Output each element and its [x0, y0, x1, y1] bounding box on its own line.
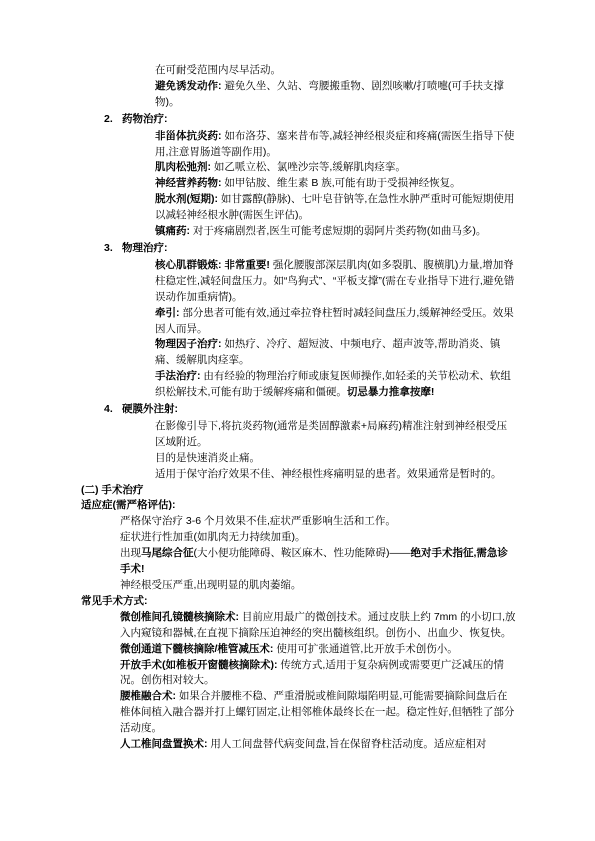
paragraph: 人工椎间盘置换术: 用人工间盘替代病变间盘,旨在保留脊柱活动度。适应症相对 [120, 737, 517, 753]
paragraph: 目的是快速消炎止痛。 [155, 451, 517, 467]
paragraph: 微创通道下髓核摘除/椎管减压术: 使用可扩张通道管,比开放手术创伤小。 [120, 642, 517, 658]
bold-text-run: 药物治疗: [122, 113, 168, 125]
bold-text-run: 非常重要! [222, 259, 270, 271]
bold-text-run: 非甾体抗炎药: [155, 130, 222, 142]
bold-text-run: 开放手术(如椎板开窗髓核摘除术): [120, 659, 278, 671]
text-run: (大小便功能障碍、鞍区麻木、性功能障碍)—— [194, 547, 411, 559]
section-heading: 常见手术方式: [81, 594, 517, 610]
bold-text-run: (二) 手术治疗 [81, 484, 143, 496]
bold-text-run: 避免诱发动作: [155, 80, 222, 92]
bold-text-run: 牵引: [155, 307, 180, 319]
text-run: 由有经验的物理治疗师或康复医师操作,如轻柔的关节松动术、软组织松解技术,可能有助… [155, 370, 511, 398]
bold-text-run: 核心肌群锻炼: [155, 259, 222, 271]
bold-text-run: 物理因子治疗: [155, 338, 222, 350]
section-heading: (二) 手术治疗 [81, 483, 517, 499]
bold-text-run: 常见手术方式: [81, 595, 148, 607]
paragraph: 在影像引导下,将抗炎药物(通常是类固醇激素+局麻药)精准注射到神经根受压区域附近… [155, 419, 517, 451]
bold-text-run: 腰椎融合术: [120, 690, 176, 702]
paragraph: 核心肌群锻炼: 非常重要! 强化腰腹部深层肌肉(如多裂肌、腹横肌)力量,增加脊柱… [155, 258, 517, 306]
list-item: 3.物理治疗: [104, 241, 517, 257]
paragraph: 症状进行性加重(如肌肉无力持续加重)。 [120, 530, 517, 546]
text-run: 部分患者可能有效,通过牵拉脊柱暂时减轻间盘压力,缓解神经受压。效果因人而异。 [155, 307, 514, 335]
section-heading: 适应症(需严格评估): [81, 498, 517, 514]
paragraph: 肌肉松弛剂: 如乙哌立松、氯唑沙宗等,缓解肌肉痉挛。 [155, 160, 517, 176]
text-run: 严格保守治疗 3-6 个月效果不佳,症状严重影响生活和工作。 [120, 515, 396, 527]
document-body: 在可耐受范围内尽早活动。避免诱发动作: 避免久坐、久站、弯腰搬重物、剧烈咳嗽/打… [81, 63, 517, 753]
list-number: 4. [104, 402, 122, 418]
list-number: 2. [104, 112, 122, 128]
text-run: 如乙哌立松、氯唑沙宗等,缓解肌肉痉挛。 [211, 161, 406, 173]
paragraph: 神经营养药物: 如甲钴胺、维生素 B 族,可能有助于受损神经恢复。 [155, 176, 517, 192]
paragraph: 非甾体抗炎药: 如布洛芬、塞来昔布等,减轻神经根炎症和疼痛(需医生指导下使用,注… [155, 129, 517, 161]
text-run: 用人工间盘替代病变间盘,旨在保留脊柱活动度。适应症相对 [208, 738, 487, 750]
bold-text-run: 切忌暴力推拿按摩! [347, 386, 435, 398]
bold-text-run: 适应症(需严格评估): [81, 499, 176, 511]
bold-text-run: 镇痛药: [155, 225, 190, 237]
text-run: 对于疼痛剧烈者,医生可能考虑短期的弱阿片类药物(如曲马多)。 [190, 225, 486, 237]
text-run: 目的是快速消炎止痛。 [155, 452, 260, 464]
bold-text-run: 神经营养药物: [155, 177, 222, 189]
text-run: 如甲钴胺、维生素 B 族,可能有助于受损神经恢复。 [222, 177, 461, 189]
text-run: 如果合并腰椎不稳、严重滑脱或椎间隙塌陷明显,可能需要摘除间盘后在椎体间植入融合器… [120, 690, 514, 734]
paragraph: 手法治疗: 由有经验的物理治疗师或康复医师操作,如轻柔的关节松动术、软组织松解技… [155, 369, 517, 401]
list-item: 4.硬膜外注射: [104, 402, 517, 418]
text-run: 在可耐受范围内尽早活动。 [155, 64, 281, 76]
paragraph: 开放手术(如椎板开窗髓核摘除术): 传统方式,适用于复杂病例或需要更广泛减压的情… [120, 658, 517, 690]
paragraph: 适用于保守治疗效果不佳、神经根性疼痛明显的患者。效果通常是暂时的。 [155, 467, 517, 483]
list-item: 2.药物治疗: [104, 112, 517, 128]
paragraph: 镇痛药: 对于疼痛剧烈者,医生可能考虑短期的弱阿片类药物(如曲马多)。 [155, 224, 517, 240]
bold-text-run: 微创椎间孔镜髓核摘除术: [120, 611, 239, 623]
paragraph: 避免诱发动作: 避免久坐、久站、弯腰搬重物、剧烈咳嗽/打喷嚏(可手扶支撑物)。 [155, 79, 517, 111]
paragraph: 神经根受压严重,出现明显的肌肉萎缩。 [120, 578, 517, 594]
bold-text-run: 物理治疗: [122, 242, 168, 254]
bold-text-run: 手法治疗: [155, 370, 201, 382]
bold-text-run: 微创通道下髓核摘除/椎管减压术: [120, 643, 273, 655]
text-run: 神经根受压严重,出现明显的肌肉萎缩。 [120, 579, 301, 591]
bold-text-run: 硬膜外注射: [122, 403, 178, 415]
text-run: 适用于保守治疗效果不佳、神经根性疼痛明显的患者。效果通常是暂时的。 [155, 468, 502, 480]
document-page: 在可耐受范围内尽早活动。避免诱发动作: 避免久坐、久站、弯腰搬重物、剧烈咳嗽/打… [0, 0, 595, 841]
list-number: 3. [104, 241, 122, 257]
paragraph: 严格保守治疗 3-6 个月效果不佳,症状严重影响生活和工作。 [120, 514, 517, 530]
bold-text-run: 人工椎间盘置换术: [120, 738, 208, 750]
paragraph: 出现马尾综合征(大小便功能障碍、鞍区麻木、性功能障碍)——绝对手术指征,需急诊手… [120, 546, 517, 578]
bold-text-run: 马尾综合征 [141, 547, 194, 559]
paragraph: 腰椎融合术: 如果合并腰椎不稳、严重滑脱或椎间隙塌陷明显,可能需要摘除间盘后在椎… [120, 689, 517, 737]
bold-text-run: 肌肉松弛剂: [155, 161, 211, 173]
paragraph: 微创椎间孔镜髓核摘除术: 目前应用最广的微创技术。通过皮肤上约 7mm 的小切口… [120, 610, 517, 642]
paragraph: 在可耐受范围内尽早活动。 [155, 63, 517, 79]
paragraph: 脱水剂(短期): 如甘露醇(静脉)、七叶皂苷钠等,在急性水肿严重时可能短期使用以… [155, 192, 517, 224]
bold-text-run: 脱水剂(短期): [155, 193, 218, 205]
text-run: 症状进行性加重(如肌肉无力持续加重)。 [120, 531, 306, 543]
paragraph: 物理因子治疗: 如热疗、冷疗、超短波、中频电疗、超声波等,帮助消炎、镇痛、缓解肌… [155, 337, 517, 369]
text-run: 在影像引导下,将抗炎药物(通常是类固醇激素+局麻药)精准注射到神经根受压区域附近… [155, 420, 507, 448]
text-run: 使用可扩张通道管,比开放手术创伤小。 [273, 643, 457, 655]
text-run: 出现 [120, 547, 141, 559]
paragraph: 牵引: 部分患者可能有效,通过牵拉脊柱暂时减轻间盘压力,缓解神经受压。效果因人而… [155, 306, 517, 338]
